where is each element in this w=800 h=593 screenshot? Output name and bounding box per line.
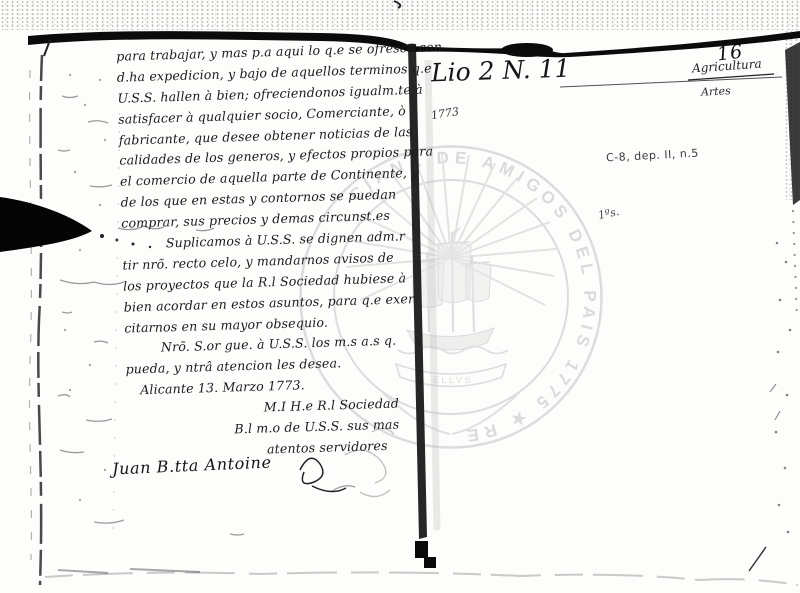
gutter-bottom-mark-2: [424, 557, 436, 568]
paper-left-edge: [38, 55, 42, 585]
signature-rubric: [300, 458, 346, 491]
letter-body: para trabajar, y mas p.a aqui lo q.e se …: [108, 37, 450, 464]
header-long-rule: [560, 77, 782, 87]
bottom-smudge-line: [45, 572, 798, 585]
gutter-bottom-mark-1: [415, 541, 428, 558]
scanned-document-page: CIANA DE AMIGOS DEL PAIS 1775 ★ RE ELLVS: [0, 0, 800, 593]
paper-left-edge-faint: [30, 70, 32, 560]
left-edge-wedge: [0, 197, 92, 252]
bottom-right-slash: [749, 547, 766, 571]
category-artes: Artes: [701, 84, 731, 99]
right-edge-specks: [775, 242, 792, 534]
paper-right-edge: [785, 42, 800, 205]
bundle-label: Lio 2 N. 11: [431, 54, 571, 88]
top-curl-mark: [394, 1, 400, 8]
stray-ink-dots: [64, 74, 106, 501]
